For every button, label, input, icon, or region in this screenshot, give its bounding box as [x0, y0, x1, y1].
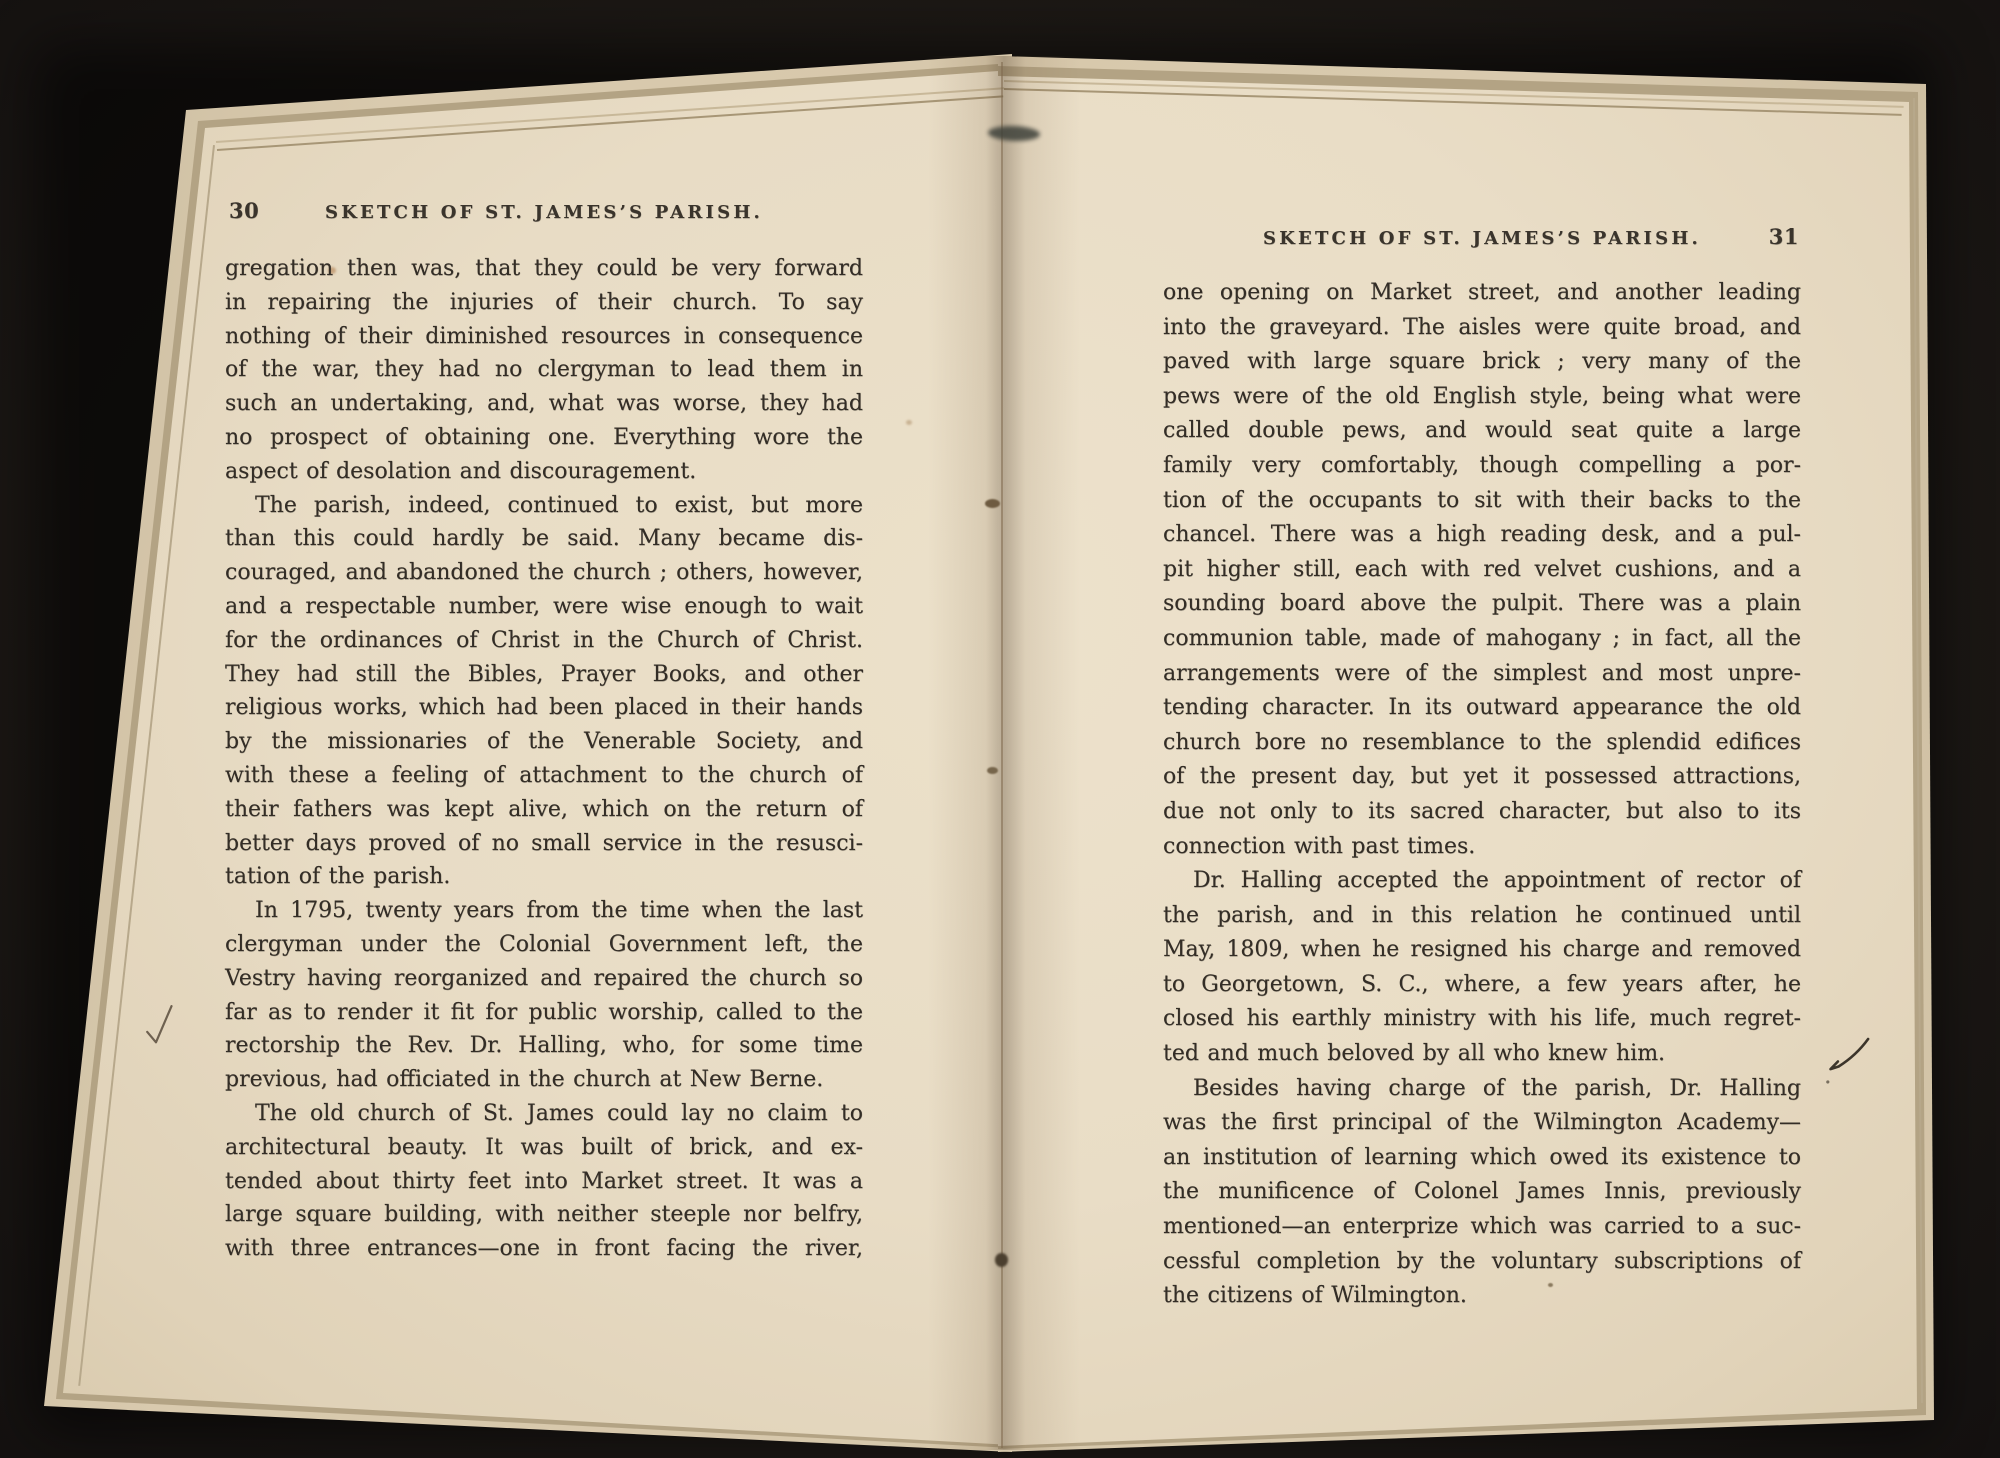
text-line: communion table, made of mahogany ; in f…	[1163, 622, 1801, 657]
text-line: the munificence of Colonel James Innis, …	[1163, 1175, 1801, 1210]
text-line: tation of the parish.	[225, 860, 863, 894]
text-line: called double pews, and would seat quite…	[1163, 414, 1801, 449]
text-line: family very comfortably, though compelli…	[1163, 449, 1801, 484]
text-line: pit higher still, each with red velvet c…	[1163, 553, 1801, 588]
text-line: with these a feeling of attachment to th…	[225, 759, 863, 793]
text-line: for the ordinances of Christ in the Chur…	[225, 624, 863, 658]
text-line: to Georgetown, S. C., where, a few years…	[1163, 968, 1801, 1003]
text-line: nothing of their diminished resources in…	[225, 320, 863, 354]
text-line: The old church of St. James could lay no…	[225, 1097, 863, 1131]
page-number-right: 31	[1769, 224, 1799, 250]
text-line: was the first principal of the Wilmingto…	[1163, 1106, 1801, 1141]
text-line: Dr. Halling accepted the appointment of …	[1163, 864, 1801, 899]
text-line: no prospect of obtaining one. Everything…	[225, 421, 863, 455]
text-line: The parish, indeed, continued to exist, …	[225, 489, 863, 523]
text-line: due not only to its sacred character, bu…	[1163, 795, 1801, 830]
text-line: They had still the Bibles, Prayer Books,…	[225, 658, 863, 692]
text-line: sounding board above the pulpit. There w…	[1163, 587, 1801, 622]
text-line: church bore no resemblance to the splend…	[1163, 726, 1801, 761]
running-header-left-title: SKETCH OF ST. JAMES’S PARISH.	[325, 202, 763, 223]
text-line: rectorship the Rev. Dr. Halling, who, fo…	[225, 1029, 863, 1063]
text-line: tion of the occupants to sit with their …	[1163, 484, 1801, 519]
page-number-left: 30	[229, 198, 259, 224]
running-header-right-title: SKETCH OF ST. JAMES’S PARISH.	[1263, 228, 1701, 249]
text-line: ted and much beloved by all who knew him…	[1163, 1037, 1801, 1072]
text-line: better days proved of no small service i…	[225, 827, 863, 861]
text-line: closed his earthly ministry with his lif…	[1163, 1002, 1801, 1037]
text-line: such an undertaking, and, what was worse…	[225, 387, 863, 421]
text-line: In 1795, twenty years from the time when…	[225, 894, 863, 928]
text-line: chancel. There was a high reading desk, …	[1163, 518, 1801, 553]
text-line: religious works, which had been placed i…	[225, 691, 863, 725]
text-line: tended about thirty feet into Market str…	[225, 1165, 863, 1199]
text-line: couraged, and abandoned the church ; oth…	[225, 556, 863, 590]
text-line: May, 1809, when he resigned his charge a…	[1163, 933, 1801, 968]
text-line: connection with past times.	[1163, 830, 1801, 865]
text-line: far as to render it fit for public worsh…	[225, 996, 863, 1030]
ink-checkmark-icon	[1820, 1029, 1875, 1092]
text-line: gregation then was, that they could be v…	[225, 252, 863, 286]
text-line: of the war, they had no clergyman to lea…	[225, 353, 863, 387]
text-line: large square building, with neither stee…	[225, 1198, 863, 1232]
text-line: an institution of learning which owed it…	[1163, 1141, 1801, 1176]
right-page-text-column: SKETCH OF ST. JAMES’S PARISH. 31 one ope…	[1163, 226, 1801, 1314]
text-line: cessful completion by the voluntary subs…	[1163, 1245, 1801, 1280]
binding-stitch	[987, 767, 998, 774]
text-line: mentioned—an enterprize which was carrie…	[1163, 1210, 1801, 1245]
text-line: aspect of desolation and discouragement.	[225, 455, 863, 489]
text-line: with three entrances—one in front facing…	[225, 1232, 863, 1266]
running-header-right: SKETCH OF ST. JAMES’S PARISH. 31	[1163, 226, 1801, 252]
text-line: than this could hardly be said. Many bec…	[225, 522, 863, 556]
text-line: of the present day, but yet it possessed…	[1163, 760, 1801, 795]
text-line: the parish, and in this relation he cont…	[1163, 899, 1801, 934]
text-line: one opening on Market street, and anothe…	[1163, 276, 1801, 311]
pencil-checkmark-icon	[139, 1000, 181, 1057]
book-gutter-fold-line	[1001, 62, 1003, 1448]
binding-stitch	[995, 1253, 1008, 1267]
binding-stitch	[985, 499, 1000, 508]
text-line: clergyman under the Colonial Government …	[225, 928, 863, 962]
foxing-spot	[906, 420, 912, 425]
text-line: Vestry having reorganized and repaired t…	[225, 962, 863, 996]
text-line: into the graveyard. The aisles were quit…	[1163, 311, 1801, 346]
running-header-left: 30 SKETCH OF ST. JAMES’S PARISH.	[225, 200, 863, 226]
book-gutter-shadow	[928, 56, 1080, 1450]
text-line: Besides having charge of the parish, Dr.…	[1163, 1072, 1801, 1107]
text-line: architectural beauty. It was built of br…	[225, 1131, 863, 1165]
left-page-text-column: 30 SKETCH OF ST. JAMES’S PARISH. gregati…	[225, 200, 863, 1266]
photo-background: 30 SKETCH OF ST. JAMES’S PARISH. gregati…	[0, 0, 2000, 1458]
page-text-left: gregation then was, that they could be v…	[225, 252, 863, 1266]
text-line: pews were of the old English style, bein…	[1163, 380, 1801, 415]
text-line: paved with large square brick ; very man…	[1163, 345, 1801, 380]
text-line: tending character. In its outward appear…	[1163, 691, 1801, 726]
page-text-right: one opening on Market street, and anothe…	[1163, 276, 1801, 1314]
text-line: previous, had officiated in the church a…	[225, 1063, 863, 1097]
text-line: the citizens of Wilmington.	[1163, 1279, 1801, 1314]
text-line: arrangements were of the simplest and mo…	[1163, 657, 1801, 692]
text-line: in repairing the injuries of their churc…	[225, 286, 863, 320]
text-line: their fathers was kept alive, which on t…	[225, 793, 863, 827]
text-line: and a respectable number, were wise enou…	[225, 590, 863, 624]
text-line: by the missionaries of the Venerable Soc…	[225, 725, 863, 759]
